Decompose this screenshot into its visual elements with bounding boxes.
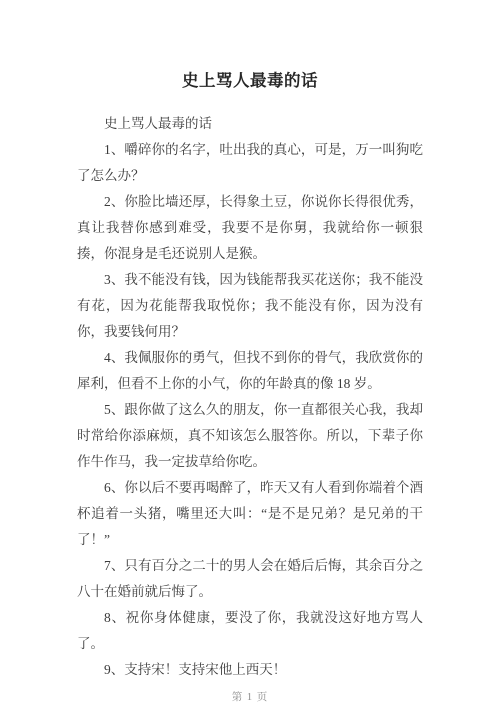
paragraph-7: 7、只有百分之二十的男人会在婚后后悔，其余百分之八十在婚前就后悔了。 — [77, 553, 423, 605]
paragraph-5: 5、跟你做了这么久的朋友，你一直都很关心我，我却时常给你添麻烦，真不知该怎么服答… — [77, 397, 423, 475]
intro-line: 史上骂人最毒的话 — [77, 111, 423, 137]
paragraph-3: 3、我不能没有钱，因为钱能帮我买花送你；我不能没有花，因为花能帮我取悦你；我不能… — [77, 267, 423, 345]
paragraph-6: 6、你以后不要再喝醉了，昨天又有人看到你端着个酒杯追着一头猪，嘴里还大叫：“是不… — [77, 475, 423, 553]
paragraph-8: 8、祝你身体健康，要没了你，我就没这好地方骂人了。 — [77, 605, 423, 657]
document-title: 史上骂人最毒的话 — [0, 68, 500, 94]
paragraph-2: 2、你脸比墙还厚，长得象土豆，你说你长得很优秀，真让我替你感到难受，我要不是你舅… — [77, 189, 423, 267]
document-page: 史上骂人最毒的话 史上骂人最毒的话 1、嚼碎你的名字，吐出我的真心，可是，万一叫… — [0, 0, 500, 708]
paragraph-1: 1、嚼碎你的名字，吐出我的真心，可是，万一叫狗吃了怎么办？ — [77, 137, 423, 189]
document-body: 史上骂人最毒的话 1、嚼碎你的名字，吐出我的真心，可是，万一叫狗吃了怎么办？ 2… — [77, 111, 423, 683]
page-number: 第 1 页 — [0, 691, 500, 705]
paragraph-9: 9、支持宋！支持宋他上西天！ — [77, 657, 423, 683]
paragraph-4: 4、我佩服你的勇气，但找不到你的骨气，我欣赏你的犀利，但看不上你的小气，你的年龄… — [77, 345, 423, 397]
